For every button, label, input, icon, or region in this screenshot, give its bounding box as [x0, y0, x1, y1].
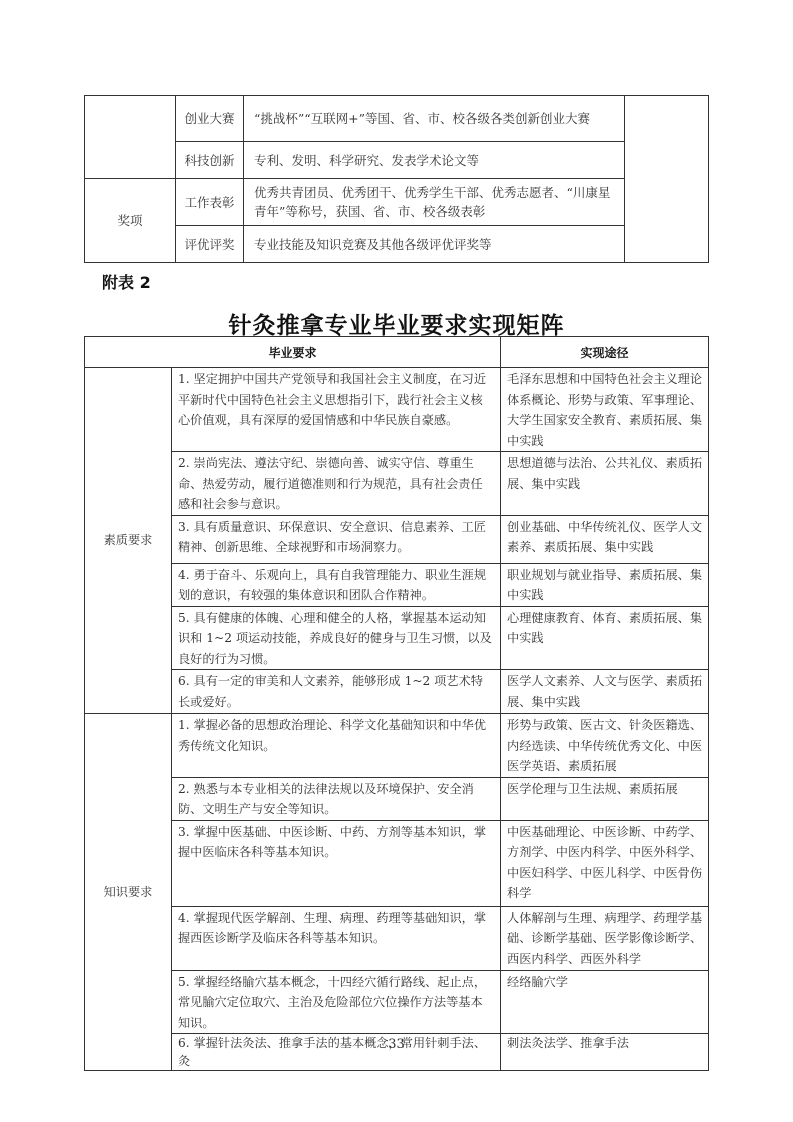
pathway-cell: 职业规划与就业指导、素质拓展、集中实践 — [501, 563, 709, 606]
description-cell: 专利、发明、科学研究、发表学术论文等 — [244, 142, 625, 179]
table-row: 5. 掌握经络腧穴基本概念，十四经穴循行路线、起止点，常见腧穴定位取穴、主治及危… — [85, 970, 709, 1034]
requirement-cell: 1. 掌握必备的思想政治理论、科学文化基础知识和中华优秀传统文化知识。 — [172, 714, 501, 778]
table-header-row: 毕业要求 实现途径 — [85, 337, 709, 368]
requirements-matrix-table: 毕业要求 实现途径 素质要求 1. 坚定拥护中国共产党领导和我国社会主义制度，在… — [84, 336, 709, 1071]
header-pathway: 实现途径 — [501, 337, 709, 368]
requirement-cell: 4. 勇于奋斗、乐观向上，具有自我管理能力、职业生涯规划的意识，有较强的集体意识… — [172, 563, 501, 606]
description-cell: 优秀共青团员、优秀团干、优秀学生干部、优秀志愿者、“川康星青年”等称号，获国、省… — [244, 179, 625, 226]
subcategory-cell: 科技创新 — [176, 142, 244, 179]
header-requirement: 毕业要求 — [85, 337, 501, 368]
pathway-cell: 形势与政策、医古文、针灸医籍选、内经选读、中华传统优秀文化、中医医学英语、素质拓… — [501, 714, 709, 778]
description-cell: 专业技能及知识竞赛及其他各级评优评奖等 — [244, 226, 625, 263]
table-row: 6. 具有一定的审美和人文素养，能够形成 1~2 项艺术特长或爱好。 医学人文素… — [85, 670, 709, 714]
group-label-knowledge: 知识要求 — [85, 714, 172, 1071]
pathway-cell: 创业基础、中华传统礼仪、医学人文素养、素质拓展、集中实践 — [501, 515, 709, 563]
table-row: 2. 崇尚宪法、遵法守纪、崇德向善、诚实守信、尊重生命、热爱劳动，履行道德准则和… — [85, 452, 709, 516]
table-row: 2. 熟悉与本专业相关的法律法规以及环境保护、安全消防、文明生产与安全等知识。 … — [85, 777, 709, 820]
pathway-cell: 医学人文素养、人文与医学、素质拓展、集中实践 — [501, 670, 709, 714]
table-row: 3. 具有质量意识、环保意识、安全意识、信息素养、工匠精神、创新思维、全球视野和… — [85, 515, 709, 563]
appendix-label: 附表 2 — [102, 270, 151, 293]
table-row: 4. 掌握现代医学解剖、生理、病理、药理等基础知识，掌握西医诊断学及临床各科等基… — [85, 906, 709, 970]
table-row: 素质要求 1. 坚定拥护中国共产党领导和我国社会主义制度，在习近平新时代中国特色… — [85, 368, 709, 452]
table-row: 创业大赛 “挑战杯”“互联网+”等国、省、市、校各级各类创新创业大赛 — [85, 96, 709, 142]
requirement-cell: 6. 具有一定的审美和人文素养，能够形成 1~2 项艺术特长或爱好。 — [172, 670, 501, 714]
requirement-cell: 3. 具有质量意识、环保意识、安全意识、信息素养、工匠精神、创新思维、全球视野和… — [172, 515, 501, 563]
awards-table: 创业大赛 “挑战杯”“互联网+”等国、省、市、校各级各类创新创业大赛 科技创新 … — [84, 95, 709, 263]
subcategory-cell: 工作表彰 — [176, 179, 244, 226]
category-cell: 奖项 — [85, 179, 176, 263]
remarks-cell — [625, 96, 709, 263]
requirement-cell: 2. 崇尚宪法、遵法守纪、崇德向善、诚实守信、尊重生命、热爱劳动，履行道德准则和… — [172, 452, 501, 516]
table-row: 评优评奖 专业技能及知识竞赛及其他各级评优评奖等 — [85, 226, 709, 263]
pathway-cell: 中医基础理论、中医诊断、中药学、方剂学、中医内科学、中医外科学、中医妇科学、中医… — [501, 820, 709, 906]
table-row: 知识要求 1. 掌握必备的思想政治理论、科学文化基础知识和中华优秀传统文化知识。… — [85, 714, 709, 778]
requirement-cell: 1. 坚定拥护中国共产党领导和我国社会主义制度，在习近平新时代中国特色社会主义思… — [172, 368, 501, 452]
requirement-cell: 5. 具有健康的体魄、心理和健全的人格，掌握基本运动知识和 1~2 项运动技能，… — [172, 606, 501, 670]
table-row: 4. 勇于奋斗、乐观向上，具有自我管理能力、职业生涯规划的意识，有较强的集体意识… — [85, 563, 709, 606]
pathway-cell: 思想道德与法治、公共礼仪、素质拓展、集中实践 — [501, 452, 709, 516]
description-cell: “挑战杯”“互联网+”等国、省、市、校各级各类创新创业大赛 — [244, 96, 625, 142]
page-number: 33 — [0, 1037, 793, 1052]
subcategory-cell: 评优评奖 — [176, 226, 244, 263]
requirement-cell: 2. 熟悉与本专业相关的法律法规以及环境保护、安全消防、文明生产与安全等知识。 — [172, 777, 501, 820]
subcategory-cell: 创业大赛 — [176, 96, 244, 142]
category-cell-empty — [85, 96, 176, 179]
requirement-cell: 4. 掌握现代医学解剖、生理、病理、药理等基础知识，掌握西医诊断学及临床各科等基… — [172, 906, 501, 970]
requirement-cell: 3. 掌握中医基础、中医诊断、中药、方剂等基本知识，掌握中医临床各科等基本知识。 — [172, 820, 501, 906]
table-row: 科技创新 专利、发明、科学研究、发表学术论文等 — [85, 142, 709, 179]
pathway-cell: 人体解剖与生理、病理学、药理学基础、诊断学基础、医学影像诊断学、西医内科学、西医… — [501, 906, 709, 970]
requirement-cell: 5. 掌握经络腧穴基本概念，十四经穴循行路线、起止点，常见腧穴定位取穴、主治及危… — [172, 970, 501, 1034]
pathway-cell: 心理健康教育、体育、素质拓展、集中实践 — [501, 606, 709, 670]
pathway-cell: 经络腧穴学 — [501, 970, 709, 1034]
table-row: 奖项 工作表彰 优秀共青团员、优秀团干、优秀学生干部、优秀志愿者、“川康星青年”… — [85, 179, 709, 226]
pathway-cell: 毛泽东思想和中国特色社会主义理论体系概论、形势与政策、军事理论、大学生国家安全教… — [501, 368, 709, 452]
pathway-cell: 医学伦理与卫生法规、素质拓展 — [501, 777, 709, 820]
table-row: 3. 掌握中医基础、中医诊断、中药、方剂等基本知识，掌握中医临床各科等基本知识。… — [85, 820, 709, 906]
group-label-quality: 素质要求 — [85, 368, 172, 714]
table-row: 5. 具有健康的体魄、心理和健全的人格，掌握基本运动知识和 1~2 项运动技能，… — [85, 606, 709, 670]
